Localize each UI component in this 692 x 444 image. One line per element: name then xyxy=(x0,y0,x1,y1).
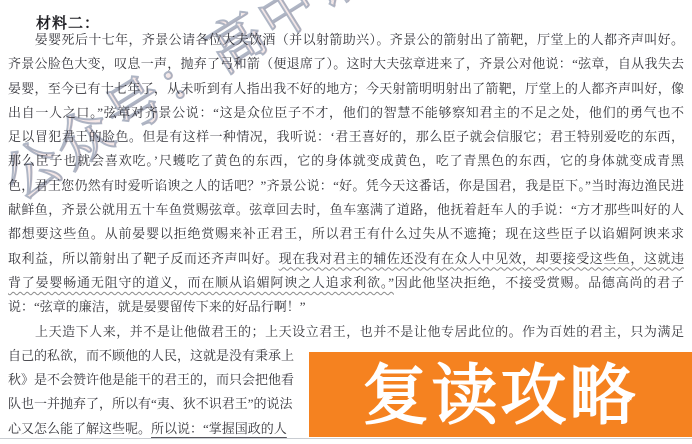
underlined-text-segment: 所以说：“掌握国政的人 xyxy=(151,421,287,436)
scanned-document-page: 公众号：高中语 材料二： 晏婴死后十七年，齐景公请各位大夫饮酒（并以射箭助兴）。… xyxy=(0,0,692,444)
text-segment: 齐景公脸色大变，叹息一声，抛弃了弓和箭（便退席了）。这时大夫弦章进来了，齐景公对… xyxy=(8,56,684,71)
text-segment: 都想要这些鱼。从前晏婴以拒绝赏赐来补正君王，所以君王有什么过失从不遮掩；现在这些… xyxy=(8,226,684,241)
text-line: 出自一人之口。”弦章对齐景公说：“这是众位臣子不才，他们的智慧不能够察知君主的不… xyxy=(8,101,684,125)
text-segment: 说：“弦章的廉洁，就是晏婴留传下来的好品行啊！” xyxy=(8,299,306,314)
text-line: 那么臣子也就会喜欢吃。’尺蠖吃了黄色的东西，它的身体就变成黄色，吃了青黑色的东西… xyxy=(8,149,684,173)
promo-banner: 复读攻略 xyxy=(309,352,692,437)
text-line: 晏婴，至今已有十七年了，从未听到有人指出我不好的地方；今天射箭明明射出了箭靶，厅… xyxy=(8,77,684,101)
text-segment: 取利益，所以箭射出了靶子反而还齐声叫好。 xyxy=(8,251,279,266)
text-line: 说：“弦章的廉洁，就是晏婴留传下来的好品行啊！” xyxy=(8,295,684,319)
text-segment: 出自一人之口。”弦章对齐景公说：“这是众位臣子不才，他们的智慧不能够察知君主的不… xyxy=(8,105,684,120)
text-segment: 色，君王您仍然有时爱听谄谀之人的话吧？”齐景公说：“好。凭今天这番话，你是国君，… xyxy=(8,178,684,193)
page-edge-line xyxy=(0,438,692,439)
text-segment: 心又怎么能了解这些呢。 xyxy=(8,421,151,436)
text-segment: 那么臣子也就会喜欢吃。’尺蠖吃了黄色的东西，它的身体就变成黄色，吃了青黑色的东西… xyxy=(8,153,684,168)
text-segment: 献鲜鱼，齐景公就用五十车鱼赏赐弦章。弦章回去时，鱼车塞满了道路，他抚着赶车人的手… xyxy=(8,202,684,217)
text-segment: 上天造下人来，并不是让他做君王的；上天设立君王，也并不是让他专居此位的。作为百姓… xyxy=(8,324,684,339)
text-segment: 秋》是不会赞许他是能干的君王的，而只会把他看 xyxy=(8,372,294,387)
text-line: 都想要这些鱼。从前晏婴以拒绝赏赐来补正君王，所以君王有什么过失从不遮掩；现在这些… xyxy=(8,222,684,246)
text-segment: 因此他坚决拒绝，不接受赏赐。品德高尚的君子 xyxy=(394,275,684,290)
text-segment: 自己的私欲，而不顾他的人民，这就是没有秉承上 xyxy=(8,348,294,363)
text-segment: 晏婴死后十七年，齐景公请各位大夫饮酒（并以射箭助兴）。齐景公的箭射出了箭靶，厅堂… xyxy=(8,32,684,47)
text-segment: 足以冒犯君王的脸色。但是有这样一种情况，我听说：‘君王喜好的，那么臣子就会信服它… xyxy=(8,129,684,144)
text-line: 足以冒犯君王的脸色。但是有这样一种情况，我听说：‘君王喜好的，那么臣子就会信服它… xyxy=(8,125,684,149)
text-line: 背了晏婴畅通无阻守的道义，而在顺从谄媚阿谀之人追求利欲。”因此他坚决拒绝，不接受… xyxy=(8,271,684,295)
text-line: 献鲜鱼，齐景公就用五十车鱼赏赐弦章。弦章回去时，鱼车塞满了道路，他抚着赶车人的手… xyxy=(8,198,684,222)
text-line: 上天造下人来，并不是让他做君王的；上天设立君王，也并不是让他专居此位的。作为百姓… xyxy=(8,320,684,344)
underlined-text-segment: 背了晏婴畅通无阻守的道义，而在顺从谄媚阿谀之人追求利欲。” xyxy=(8,275,394,290)
text-line: 齐景公脸色大变，叹息一声，抛弃了弓和箭（便退席了）。这时大夫弦章进来了，齐景公对… xyxy=(8,52,684,76)
text-line: 晏婴死后十七年，齐景公请各位大夫饮酒（并以射箭助兴）。齐景公的箭射出了箭靶，厅堂… xyxy=(8,28,684,52)
text-segment: 队也一并抛弃了，所以有“夷、狄不识君王”的说法 xyxy=(8,396,293,411)
promo-banner-text: 复读攻略 xyxy=(363,362,639,428)
underlined-text-segment: 现在我对君主的辅佐还没有在众人中见效，却要接受这些鱼，这就违 xyxy=(279,251,684,266)
text-segment: 晏婴，至今已有十七年了，从未听到有人指出我不好的地方；今天射箭明明射出了箭靶，厅… xyxy=(8,81,684,96)
text-line: 取利益，所以箭射出了靶子反而还齐声叫好。现在我对君主的辅佐还没有在众人中见效，却… xyxy=(8,247,684,271)
text-line: 色，君王您仍然有时爱听谄谀之人的话吧？”齐景公说：“好。凭今天这番话，你是国君，… xyxy=(8,174,684,198)
